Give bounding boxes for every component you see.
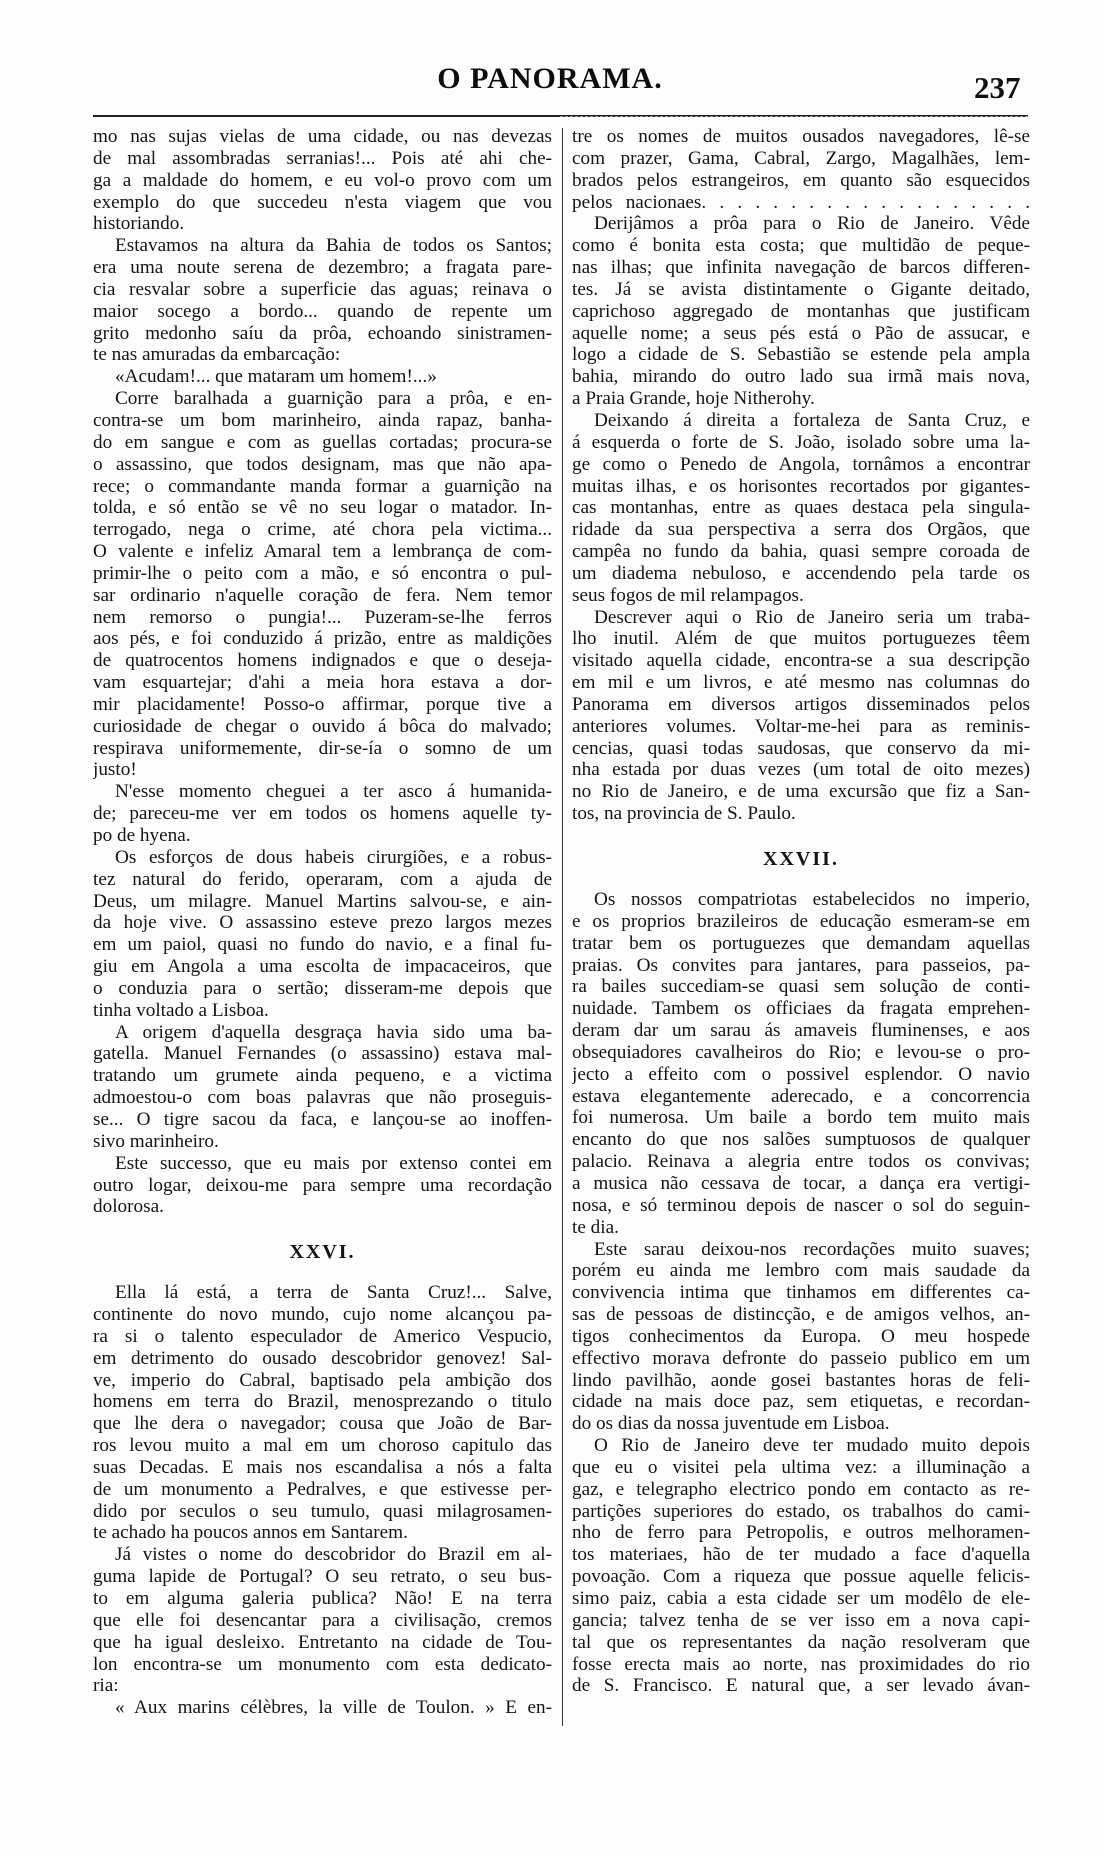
text-line: cia resvalar sobre a superficie das agua… xyxy=(93,279,552,301)
paragraph-start-line: O Rio de Janeiro deve ter mudado muito d… xyxy=(572,1435,1030,1457)
text-line: ridade da sua perspectiva a serra dos Or… xyxy=(572,519,1030,541)
text-line: O valente e infeliz Amaral tem a lembran… xyxy=(93,541,552,563)
text-line: deram dar um sarau ás amaveis fluminense… xyxy=(572,1020,1030,1042)
text-line: cas montanhas, entre as quaes destaca pe… xyxy=(572,497,1030,519)
text-line: fosse erecta mais ao norte, nas proximid… xyxy=(572,1654,1030,1676)
text-line: historiando. xyxy=(93,213,552,235)
text-line: exemplo do que succedeu n'esta viagem qu… xyxy=(93,192,552,214)
text-line: sas de pessoas de distincção, e de amigo… xyxy=(572,1304,1030,1326)
text-line: mo nas sujas vielas de uma cidade, ou na… xyxy=(93,126,552,148)
text-line: que elle foi desencantar para a civilisa… xyxy=(93,1610,552,1632)
text-line: sivo marinheiro. xyxy=(93,1131,552,1153)
text-line: a musica não cessava de tocar, a dança e… xyxy=(572,1173,1030,1195)
text-line: lho inutil. Além de que muitos portuguez… xyxy=(572,628,1030,650)
text-line: do os dias da nossa juventude em Lisboa. xyxy=(572,1413,1030,1435)
text-line: palacio. Reinava a alegria entre todos o… xyxy=(572,1151,1030,1173)
text-line: tal que os representantes da nação resol… xyxy=(572,1632,1030,1654)
text-line: convivencia intima que tinhamos em diffe… xyxy=(572,1282,1030,1304)
text-line: foi numerosa. Um baile a bordo tem muito… xyxy=(572,1107,1030,1129)
text-line: grito medonho saíu da prôa, echoando sin… xyxy=(93,323,552,345)
paragraph-start-line: N'esse momento cheguei a ter asco á huma… xyxy=(93,781,552,803)
text-line: da hoje vive. O assassino esteve prezo l… xyxy=(93,912,552,934)
text-line: visitado aquella cidade, encontra-se a s… xyxy=(572,650,1030,672)
text-line: nuidade. Tambem os officiaes da fragata … xyxy=(572,998,1030,1020)
text-line: outro logar, deixou-me para sempre uma r… xyxy=(93,1175,552,1197)
text-line: nha estada por duas vezes (um total de o… xyxy=(572,759,1030,781)
text-line: de quatrocentos homens indignados e que … xyxy=(93,650,552,672)
text-line: simo paiz, cabia a esta cidade ser um mo… xyxy=(572,1588,1030,1610)
text-line: de um monumento a Pedralves, e que estiv… xyxy=(93,1479,552,1501)
paragraph-start-line: Ella lá está, a terra de Santa Cruz!... … xyxy=(93,1282,552,1304)
text-line: rece; o commandante manda formar a guarn… xyxy=(93,476,552,498)
text-line: ros levou muito a mal em um choroso capi… xyxy=(93,1435,552,1457)
text-line: praias. Os convites para jantares, para … xyxy=(572,955,1030,977)
text-line: encanto do que nos salões sumptuosos de … xyxy=(572,1129,1030,1151)
text-line: ra bailes succediam-se quasi sem solução… xyxy=(572,976,1030,998)
text-line: continente do novo mundo, cujo nome alca… xyxy=(93,1304,552,1326)
text-line: vam esquartejar; d'ahi a meia hora estav… xyxy=(93,672,552,694)
text-line: mir placidamente! Posso-o affirmar, porq… xyxy=(93,694,552,716)
text-line: seus fogos de mil relampagos. xyxy=(572,585,1030,607)
paragraph-start-line: «Acudam!... que mataram um homem!...» xyxy=(93,366,552,388)
newspaper-page: O PANORAMA. 237 mo nas sujas vielas de u… xyxy=(0,0,1100,1857)
paragraph-start-line: Derijâmos a prôa para o Rio de Janeiro. … xyxy=(572,213,1030,235)
text-line: aquelle nome; a seus pés está o Pão de a… xyxy=(572,323,1030,345)
text-line: caprichoso aggregado de montanhas que ju… xyxy=(572,301,1030,323)
text-line: nho de ferro para Petropolis, e outros m… xyxy=(572,1522,1030,1544)
text-line: Deus, um milagre. Manuel Martins salvou-… xyxy=(93,891,552,913)
text-line: maior socego a bordo... quando de repent… xyxy=(93,301,552,323)
text-line: e os proprios brazileiros de educação es… xyxy=(572,911,1030,933)
text-line: contra-se um bom marinheiro, ainda rapaz… xyxy=(93,410,552,432)
text-line: aos pés, e foi conduzido á prizão, entre… xyxy=(93,628,552,650)
text-line: ge como o Penedo de Angola, tornâmos a e… xyxy=(572,454,1030,476)
text-line: do em sangue e com as guellas cortadas; … xyxy=(93,432,552,454)
text-line: nas ilhas; que infinita navegação de bar… xyxy=(572,257,1030,279)
text-line: que ha igual desleixo. Entretanto na cid… xyxy=(93,1632,552,1654)
text-line: te dia. xyxy=(572,1217,1030,1239)
text-line: tez natural do ferido, operaram, com a a… xyxy=(93,869,552,891)
paragraph-start-line: Já vistes o nome do descobridor do Brazi… xyxy=(93,1544,552,1566)
right-column: tre os nomes de muitos ousados navegador… xyxy=(572,126,1030,1697)
text-line: tos materiaes, hão de ter mudado a face … xyxy=(572,1544,1030,1566)
text-line: estava elegantemente aderecado, e a conc… xyxy=(572,1086,1030,1108)
text-line: dolorosa. xyxy=(93,1196,552,1218)
text-line: gancia; talvez tenha de se ver isso em a… xyxy=(572,1610,1030,1632)
column-divider xyxy=(562,128,563,1726)
text-line: anteriores volumes. Voltar-me-hei para a… xyxy=(572,716,1030,738)
text-line: se... O tigre sacou da faca, e lançou-se… xyxy=(93,1109,552,1131)
text-line: povoação. Com a riqueza que possue aquel… xyxy=(572,1566,1030,1588)
text-line: guma lapide de Portugal? O seu retrato, … xyxy=(93,1566,552,1588)
text-line: no Rio de Janeiro, e de uma excursão que… xyxy=(572,781,1030,803)
text-line: tinha voltado a Lisboa. xyxy=(93,1000,552,1022)
text-line: tratando um grumete ainda pequeno, e a v… xyxy=(93,1065,552,1087)
text-line: de S. Francisco. E natural que, a ser le… xyxy=(572,1675,1030,1697)
text-line: te achado ha poucos annos em Santarem. xyxy=(93,1522,552,1544)
text-line: lon encontra-se um monumento com esta de… xyxy=(93,1654,552,1676)
paragraph-start-line: Os nossos compatriotas estabelecidos no … xyxy=(572,889,1030,911)
text-line: de; pareceu-me ver em todos os homens aq… xyxy=(93,803,552,825)
text-line: dido por seculos o seu tumulo, quasi mil… xyxy=(93,1501,552,1523)
text-line: cencias, quasi todas saudosas, que conse… xyxy=(572,738,1030,760)
text-line: ga a maldade do homem, e eu vol-o provo … xyxy=(93,170,552,192)
text-line: to em alguma galeria publica? Não! E na … xyxy=(93,1588,552,1610)
text-line: de mal assombradas serranias!... Pois at… xyxy=(93,148,552,170)
text-line: gatella. Manuel Fernandes (o assassino) … xyxy=(93,1043,552,1065)
text-line: suas Decadas. E mais nos escandalisa a n… xyxy=(93,1457,552,1479)
paragraph-start-line: Descrever aqui o Rio de Janeiro seria um… xyxy=(572,607,1030,629)
text-line: tratar bem os portuguezes que demandam a… xyxy=(572,933,1030,955)
text-line: tolda, e só então se vê no seu logar o m… xyxy=(93,497,552,519)
text-line: nem remorso o pungia!... Puzeram-se-lhe … xyxy=(93,607,552,629)
masthead-title: O PANORAMA. xyxy=(0,62,1100,96)
paragraph-start-line: Este sarau deixou-nos recordações muito … xyxy=(572,1239,1030,1261)
text-line: tigos conhecimentos da Europa. O meu hos… xyxy=(572,1326,1030,1348)
text-line: gaz, e telegrapho electrico pondo em con… xyxy=(572,1479,1030,1501)
text-line: lindo pavilhão, aonde gosei bastantes ho… xyxy=(572,1370,1030,1392)
text-line: curiosidade de chegar o ouvido á bôca do… xyxy=(93,716,552,738)
text-line: homens em terra do Brazil, menosprezando… xyxy=(93,1391,552,1413)
text-line: á esquerda o forte de S. João, isolado s… xyxy=(572,432,1030,454)
text-line: como é bonita esta costa; que multidão d… xyxy=(572,235,1030,257)
text-line: primir-lhe o peito com a mão, e só encon… xyxy=(93,563,552,585)
text-line: Panorama em diversos artigos disseminado… xyxy=(572,694,1030,716)
paragraph-start-line: Corre baralhada a guarnição para a prôa,… xyxy=(93,388,552,410)
text-line: bahia, mirando do outro lado sua irmã ma… xyxy=(572,366,1030,388)
section-heading: XXVII. xyxy=(572,825,1030,889)
text-line: ve, imperio do Cabral, baptisado pela am… xyxy=(93,1370,552,1392)
header-rule-faded xyxy=(560,116,1028,117)
text-line: effectivo morava defronte do passeio pub… xyxy=(572,1348,1030,1370)
text-line: jecto a effeito com o possivel esplendor… xyxy=(572,1064,1030,1086)
paragraph-start-line: Estavamos na altura da Bahia de todos os… xyxy=(93,235,552,257)
text-line: justo! xyxy=(93,759,552,781)
page-number: 237 xyxy=(974,70,1021,106)
text-line: terrogado, nega o crime, até chora pela … xyxy=(93,519,552,541)
paragraph-start-line: Os esforços de dous habeis cirurgiões, e… xyxy=(93,847,552,869)
text-line: respirava uniformemente, dir-se-ía o som… xyxy=(93,738,552,760)
text-line: admoestou-o com boas palavras que não pr… xyxy=(93,1087,552,1109)
paragraph-start-line: A origem d'aquella desgraça havia sido u… xyxy=(93,1022,552,1044)
text-line: ria: xyxy=(93,1675,552,1697)
text-line: tre os nomes de muitos ousados navegador… xyxy=(572,126,1030,148)
text-line: te nas amuradas da embarcação: xyxy=(93,344,552,366)
text-line: o assassino, que todos designam, mas que… xyxy=(93,454,552,476)
paragraph-start-line: Este successo, que eu mais por extenso c… xyxy=(93,1153,552,1175)
text-line: po de hyena. xyxy=(93,825,552,847)
text-line: tos, na provincia de S. Paulo. xyxy=(572,803,1030,825)
paragraph-start-line: « Aux marins célèbres, la ville de Toulo… xyxy=(93,1697,552,1719)
text-line: brados pelos estrangeiros, em quanto são… xyxy=(572,170,1030,192)
text-line: giu em Angola a uma escolta de impacacei… xyxy=(93,956,552,978)
text-line: tes. Já se avista distintamente o Gigant… xyxy=(572,279,1030,301)
text-line: muitas ilhas, e os horisontes recortados… xyxy=(572,476,1030,498)
text-line: em mil e um livros, e até mesmo nas colu… xyxy=(572,672,1030,694)
text-line: o conduzia para o sertão; disseram-me de… xyxy=(93,978,552,1000)
text-line: obsequiadores cavalheiros do Rio; e levo… xyxy=(572,1042,1030,1064)
text-line: partições superiores do estado, os traba… xyxy=(572,1501,1030,1523)
text-line: sar ordinario n'aquelle coração de fera.… xyxy=(93,585,552,607)
paragraph-start-line: Deixando á direita a fortaleza de Santa … xyxy=(572,410,1030,432)
left-column: mo nas sujas vielas de uma cidade, ou na… xyxy=(93,126,552,1719)
text-line: nosa, e só terminou depois de nascer o s… xyxy=(572,1195,1030,1217)
text-line: ra si o talento especulador de Americo V… xyxy=(93,1326,552,1348)
text-line: que lhe dera o navegador; cousa que João… xyxy=(93,1413,552,1435)
text-line: em um paiol, quasi no fundo do navio, e … xyxy=(93,934,552,956)
text-line: a Praia Grande, hoje Nitherohy. xyxy=(572,388,1030,410)
text-line: um diadema nebuloso, e accendendo pela t… xyxy=(572,563,1030,585)
text-line: cidade na mais doce paz, sem etiquetas, … xyxy=(572,1391,1030,1413)
text-line: em detrimento do ousado descobridor geno… xyxy=(93,1348,552,1370)
text-line: campêa no fundo da bahia, quasi sempre c… xyxy=(572,541,1030,563)
text-line: logo a cidade de S. Sebastião se estende… xyxy=(572,344,1030,366)
text-line: que eu o visitei pela ultima vez: a illu… xyxy=(572,1457,1030,1479)
section-heading: XXVI. xyxy=(93,1218,552,1282)
text-line: porém eu ainda me lembro com mais saudad… xyxy=(572,1260,1030,1282)
text-line: era uma noute serena de dezembro; a frag… xyxy=(93,257,552,279)
text-line: pelos nacionaes. . . . . . . . . . . . .… xyxy=(572,192,1030,214)
text-line: com prazer, Gama, Cabral, Zargo, Magalhã… xyxy=(572,148,1030,170)
